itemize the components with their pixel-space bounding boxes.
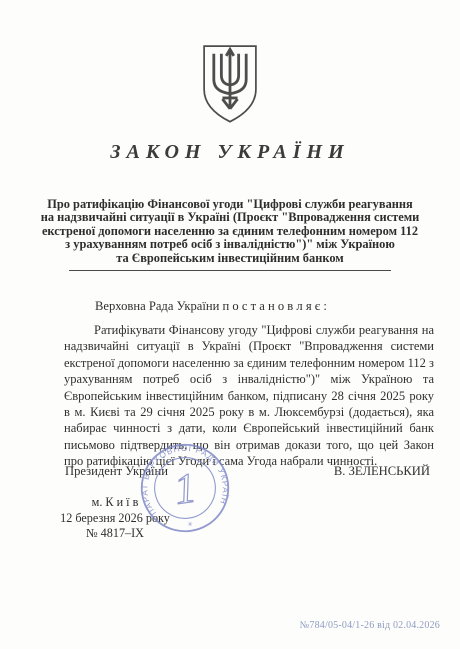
subtitle-underline <box>69 270 391 271</box>
signatory-name: В. ЗЕЛЕНСЬКИЙ <box>334 464 430 479</box>
law-body-paragraph: Ратифікувати Фінансову угоду "Цифрові сл… <box>64 322 434 470</box>
signature-row: Президент України В. ЗЕЛЕНСЬКИЙ <box>65 464 430 479</box>
subtitle-line: з урахуванням потреб осіб з інвалідністю… <box>0 238 460 251</box>
subtitle-line: на надзвичайні ситуації в Україні (Проєк… <box>0 211 460 224</box>
subtitle-line: та Європейським інвестиційним банком <box>0 252 460 265</box>
enactment-line: Верховна Рада України п о с т а н о в л … <box>65 299 430 314</box>
subtitle-line: екстреної допомоги населенню за єдиним т… <box>0 225 460 238</box>
ukraine-coat-of-arms-icon <box>197 44 263 126</box>
law-subtitle: Про ратифікацію Фінансової угоди "Цифров… <box>0 198 460 271</box>
footer-reference: №784/05-04/1-26 від 02.04.2026 <box>300 620 440 631</box>
page-title: ЗАКОН УКРАЇНИ <box>0 141 460 164</box>
stamp-bottom-mark: ✳ <box>187 521 193 529</box>
verkhovna-rada-stamp: АПАРАТ ВЕРХОВНОЇ РАДИ УКРАЇНИ ✳ 1 <box>133 434 237 542</box>
law-document-page: ЗАКОН УКРАЇНИ Про ратифікацію Фінансової… <box>0 0 460 649</box>
stamp-center-number: 1 <box>171 464 198 513</box>
subtitle-line: Про ратифікацію Фінансової угоди "Цифров… <box>0 198 460 211</box>
